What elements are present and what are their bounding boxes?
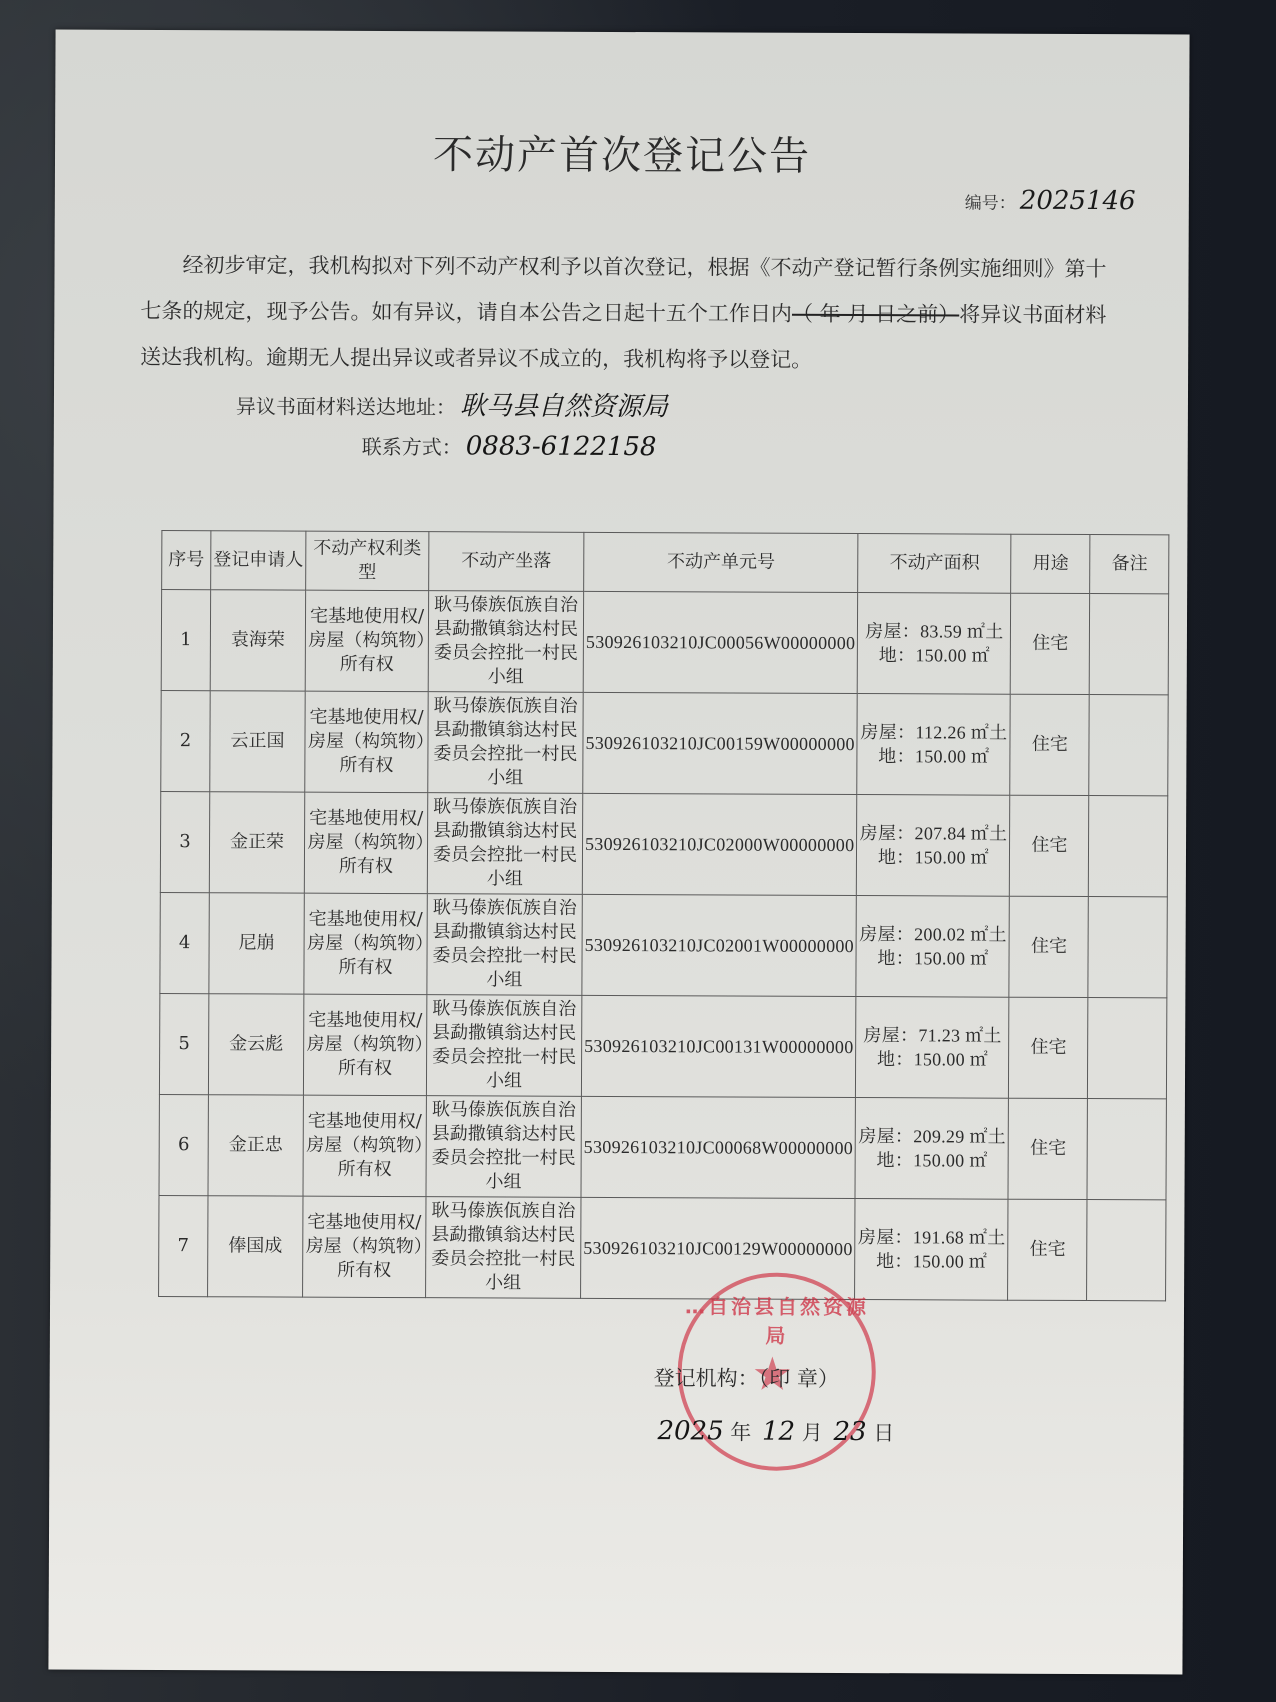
cell-unit-no: 530926103210JC02001W00000000 xyxy=(582,894,857,996)
cell-no: 6 xyxy=(159,1094,208,1195)
cell-applicant: 袁海荣 xyxy=(210,590,305,691)
date-year: 2025 xyxy=(657,1416,723,1446)
serial-value: 2025146 xyxy=(1020,186,1136,217)
cell-remark xyxy=(1089,695,1168,796)
seal-text: …自治县自然资源局 xyxy=(682,1290,872,1349)
cell-applicant: 金正荣 xyxy=(209,792,304,893)
cell-usage: 住宅 xyxy=(1010,694,1089,795)
contact-info: 联系方式：0883-6122158 xyxy=(362,431,657,462)
header-unit-no: 不动产单元号 xyxy=(584,532,859,592)
cell-right-type: 宅基地使用权/房屋（构筑物）所有权 xyxy=(304,893,427,995)
cell-area: 房屋：207.84 ㎡土地：150.00 ㎡ xyxy=(857,795,1010,897)
cell-location: 耿马傣族佤族自治县勐撒镇翁达村民委员会控批一村民小组 xyxy=(428,692,583,794)
header-area: 不动产面积 xyxy=(858,534,1011,594)
cell-usage: 住宅 xyxy=(1009,896,1088,997)
cell-applicant: 金正忠 xyxy=(208,1095,303,1196)
cell-no: 2 xyxy=(161,691,210,792)
notice-paper: 不动产首次登记公告 编号：2025146 经初步审定，我机构拟对下列不动产权利予… xyxy=(48,30,1189,1675)
cell-remark xyxy=(1088,897,1167,998)
cell-remark xyxy=(1089,796,1168,897)
cell-area: 房屋：112.26 ㎡土地：150.00 ㎡ xyxy=(857,694,1010,796)
header-location: 不动产坐落 xyxy=(429,532,584,592)
cell-no: 7 xyxy=(159,1195,208,1296)
cell-unit-no: 530926103210JC00056W00000000 xyxy=(583,591,858,693)
cell-no: 5 xyxy=(159,993,208,1094)
cell-right-type: 宅基地使用权/房屋（构筑物）所有权 xyxy=(303,1095,426,1197)
cell-remark xyxy=(1087,1099,1166,1200)
paragraph-struck-deadline: （ 年 月 日之前） xyxy=(792,302,959,327)
header-right-type: 不动产权利类型 xyxy=(306,531,429,591)
table-row: 6金正忠宅基地使用权/房屋（构筑物）所有权耿马傣族佤族自治县勐撒镇翁达村民委员会… xyxy=(159,1094,1167,1199)
cell-right-type: 宅基地使用权/房屋（构筑物）所有权 xyxy=(303,994,426,1096)
cell-usage: 住宅 xyxy=(1011,593,1090,694)
header-usage: 用途 xyxy=(1011,534,1090,593)
date-day: 23 xyxy=(833,1417,866,1447)
serial-label: 编号： xyxy=(965,194,1016,214)
table-row: 3金正荣宅基地使用权/房屋（构筑物）所有权耿马傣族佤族自治县勐撒镇翁达村民委员会… xyxy=(160,792,1168,897)
table-row: 7俸国成宅基地使用权/房屋（构筑物）所有权耿马傣族佤族自治县勐撒镇翁达村民委员会… xyxy=(159,1195,1167,1300)
cell-right-type: 宅基地使用权/房屋（构筑物）所有权 xyxy=(305,590,428,692)
cell-area: 房屋：71.23 ㎡土地：150.00 ㎡ xyxy=(856,997,1009,1099)
address-value: 耿马县自然资源局 xyxy=(460,391,668,422)
contact-value: 0883-6122158 xyxy=(466,431,657,462)
header-no: 序号 xyxy=(162,531,211,590)
date-year-suffix: 年 xyxy=(730,1420,751,1444)
cell-area: 房屋：200.02 ㎡土地：150.00 ㎡ xyxy=(856,896,1009,998)
date-month-suffix: 月 xyxy=(802,1421,823,1445)
cell-applicant: 尼崩 xyxy=(209,893,304,994)
registration-table: 序号 登记申请人 不动产权利类型 不动产坐落 不动产单元号 不动产面积 用途 备… xyxy=(158,530,1170,1301)
cell-usage: 住宅 xyxy=(1009,997,1088,1098)
cell-remark xyxy=(1088,998,1167,1099)
date-day-suffix: 日 xyxy=(873,1421,894,1445)
table-row: 4尼崩宅基地使用权/房屋（构筑物）所有权耿马傣族佤族自治县勐撒镇翁达村民委员会控… xyxy=(160,892,1168,997)
table-row: 5金云彪宅基地使用权/房屋（构筑物）所有权耿马傣族佤族自治县勐撒镇翁达村民委员会… xyxy=(159,993,1167,1098)
cell-right-type: 宅基地使用权/房屋（构筑物）所有权 xyxy=(305,691,428,793)
cell-area: 房屋：191.68 ㎡土地：150.00 ㎡ xyxy=(855,1199,1008,1301)
table-row: 2云正国宅基地使用权/房屋（构筑物）所有权耿马傣族佤族自治县勐撒镇翁达村民委员会… xyxy=(161,691,1169,796)
cell-right-type: 宅基地使用权/房屋（构筑物）所有权 xyxy=(304,792,427,894)
cell-usage: 住宅 xyxy=(1008,1098,1087,1199)
cell-remark xyxy=(1090,594,1169,695)
cell-unit-no: 530926103210JC00068W00000000 xyxy=(581,1096,856,1198)
cell-unit-no: 530926103210JC02000W00000000 xyxy=(582,793,857,895)
cell-remark xyxy=(1087,1200,1166,1301)
cell-unit-no: 530926103210JC00131W00000000 xyxy=(581,995,856,1097)
cell-applicant: 俸国成 xyxy=(208,1196,303,1297)
cell-no: 4 xyxy=(160,892,209,993)
notice-paragraph: 经初步审定，我机构拟对下列不动产权利予以首次登记，根据《不动产登记暂行条例实施细… xyxy=(140,242,1107,384)
date-month: 12 xyxy=(762,1417,795,1447)
cell-location: 耿马傣族佤族自治县勐撒镇翁达村民委员会控批一村民小组 xyxy=(427,894,582,996)
serial-number: 编号：2025146 xyxy=(965,186,1136,217)
cell-no: 3 xyxy=(160,792,209,893)
cell-location: 耿马傣族佤族自治县勐撒镇翁达村民委员会控批一村民小组 xyxy=(426,1096,581,1198)
cell-location: 耿马傣族佤族自治县勐撒镇翁达村民委员会控批一村民小组 xyxy=(426,995,581,1097)
address-label: 异议书面材料送达地址： xyxy=(236,394,456,419)
cell-usage: 住宅 xyxy=(1008,1199,1087,1300)
cell-right-type: 宅基地使用权/房屋（构筑物）所有权 xyxy=(303,1196,426,1298)
cell-area: 房屋：209.29 ㎡土地：150.00 ㎡ xyxy=(855,1098,1008,1200)
objection-address: 异议书面材料送达地址：耿马县自然资源局 xyxy=(236,384,668,423)
cell-location: 耿马傣族佤族自治县勐撒镇翁达村民委员会控批一村民小组 xyxy=(427,793,582,895)
cell-location: 耿马傣族佤族自治县勐撒镇翁达村民委员会控批一村民小组 xyxy=(428,591,583,693)
cell-applicant: 金云彪 xyxy=(208,994,303,1095)
notice-date: 2025 年 12 月 23 日 xyxy=(653,1416,894,1447)
contact-label: 联系方式： xyxy=(362,435,462,459)
cell-usage: 住宅 xyxy=(1010,795,1089,896)
header-applicant: 登记申请人 xyxy=(211,531,306,590)
cell-applicant: 云正国 xyxy=(210,691,305,792)
registration-authority: 登记机构：（印 章） xyxy=(654,1362,839,1393)
cell-no: 1 xyxy=(161,590,210,691)
table-header-row: 序号 登记申请人 不动产权利类型 不动产坐落 不动产单元号 不动产面积 用途 备… xyxy=(162,531,1170,594)
cell-area: 房屋：83.59 ㎡土地：150.00 ㎡ xyxy=(858,593,1011,695)
cell-unit-no: 530926103210JC00159W00000000 xyxy=(583,692,858,794)
page-title: 不动产首次登记公告 xyxy=(55,122,1189,184)
cell-location: 耿马傣族佤族自治县勐撒镇翁达村民委员会控批一村民小组 xyxy=(426,1197,581,1299)
table-row: 1袁海荣宅基地使用权/房屋（构筑物）所有权耿马傣族佤族自治县勐撒镇翁达村民委员会… xyxy=(161,590,1169,695)
header-remark: 备注 xyxy=(1090,535,1169,594)
